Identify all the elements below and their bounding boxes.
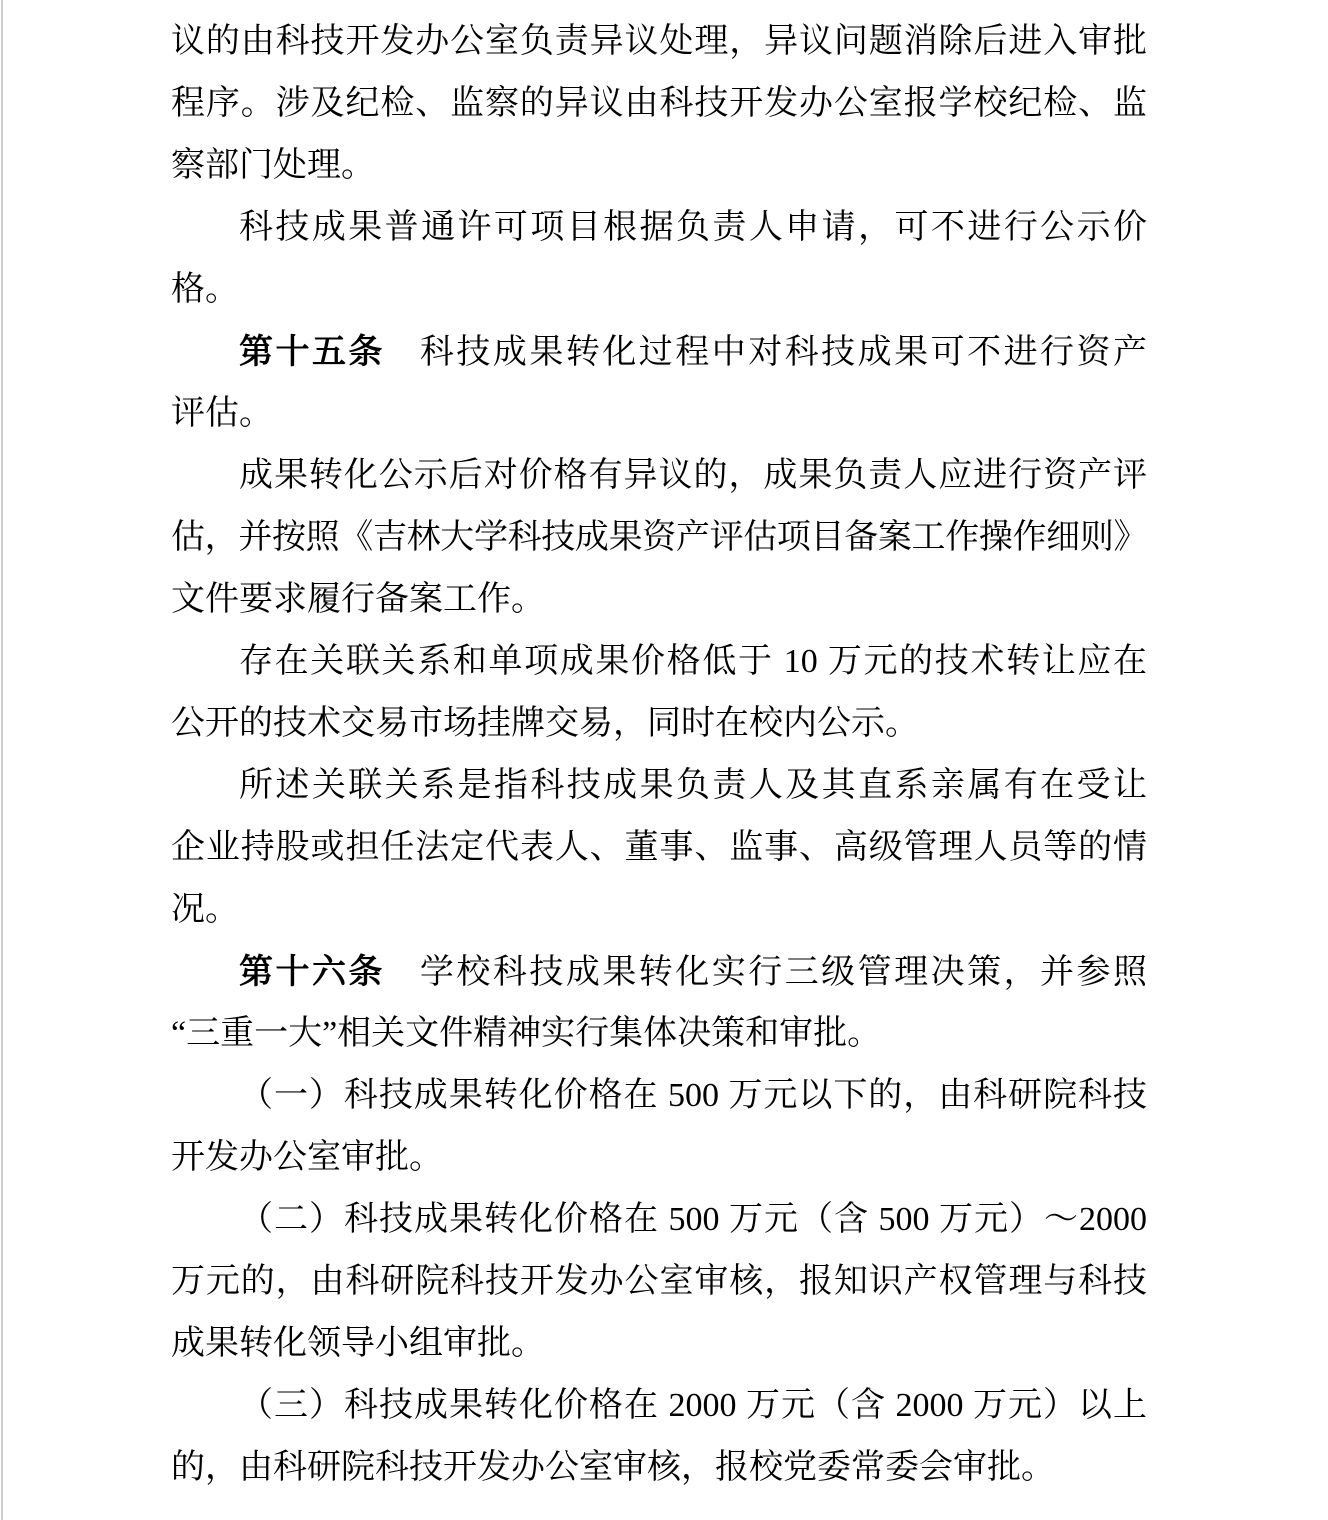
text-line: 评估。 — [171, 383, 1147, 445]
text-line: 开发办公室审批。 — [171, 1127, 1147, 1189]
text-line: （二）科技成果转化价格在 500 万元（含 500 万元）～2000 — [171, 1189, 1147, 1251]
text-line: （一）科技成果转化价格在 500 万元以下的，由科研院科技 — [171, 1065, 1147, 1127]
text-line: 况。 — [171, 879, 1147, 941]
line-text: 程序。涉及纪检、监察的异议由科技开发办公室报学校纪检、监 — [171, 85, 1147, 122]
line-text: 开发办公室审批。 — [171, 1139, 443, 1176]
text-line-article-16: 第十六条学校科技成果转化实行三级管理决策，并参照 — [171, 941, 1147, 1003]
line-text: 格。 — [171, 271, 239, 308]
text-line: 所述关联关系是指科技成果负责人及其直系亲属有在受让 — [171, 755, 1147, 817]
text-line: 万元的，由科研院科技开发办公室审核，报知识产权管理与科技 — [171, 1251, 1147, 1313]
line-text: （一）科技成果转化价格在 500 万元以下的，由科研院科技 — [239, 1077, 1147, 1114]
line-text: 公开的技术交易市场挂牌交易，同时在校内公示。 — [171, 705, 919, 742]
line-text: （二）科技成果转化价格在 500 万元（含 500 万元）～2000 — [239, 1201, 1147, 1238]
line-text: 成果转化公示后对价格有异议的，成果负责人应进行资产评 — [239, 457, 1147, 494]
line-text: 成果转化领导小组审批。 — [171, 1325, 545, 1362]
article-15-heading: 第十五条 — [239, 333, 385, 371]
text-line: “三重一大”相关文件精神实行集体决策和审批。 — [171, 1003, 1147, 1065]
text-line: 的，由科研院科技开发办公室审核，报校党委常委会审批。 — [171, 1437, 1147, 1499]
text-line: 文件要求履行备案工作。 — [171, 569, 1147, 631]
line-text: 存在关联关系和单项成果价格低于 10 万元的技术转让应在 — [239, 643, 1147, 680]
document-page: { "page": { "background": "#ffffff", "le… — [0, 0, 1328, 1520]
line-text: 评估。 — [171, 395, 273, 432]
text-line: 估，并按照《吉林大学科技成果资产评估项目备案工作操作细则》 — [171, 507, 1147, 569]
text-line: 企业持股或担任法定代表人、董事、监事、高级管理人员等的情 — [171, 817, 1147, 879]
line-text: 文件要求履行备案工作。 — [171, 581, 545, 618]
text-line: 存在关联关系和单项成果价格低于 10 万元的技术转让应在 — [171, 631, 1147, 693]
text-line: 公开的技术交易市场挂牌交易，同时在校内公示。 — [171, 693, 1147, 755]
article-16-heading: 第十六条 — [239, 953, 385, 991]
line-text: 估，并按照《吉林大学科技成果资产评估项目备案工作操作细则》 — [171, 519, 1147, 556]
text-line: 科技成果普通许可项目根据负责人申请，可不进行公示价 — [171, 197, 1147, 259]
text-line: 程序。涉及纪检、监察的异议由科技开发办公室报学校纪检、监 — [171, 73, 1147, 135]
line-text: 的，由科研院科技开发办公室审核，报校党委常委会审批。 — [171, 1449, 1055, 1486]
line-text: 企业持股或担任法定代表人、董事、监事、高级管理人员等的情 — [171, 829, 1147, 866]
document-body: 议的由科技开发办公室负责异议处理，异议问题消除后进入审批 程序。涉及纪检、监察的… — [171, 11, 1147, 1499]
line-text: 万元的，由科研院科技开发办公室审核，报知识产权管理与科技 — [171, 1263, 1147, 1300]
text-line-article-15: 第十五条科技成果转化过程中对科技成果可不进行资产 — [171, 321, 1147, 383]
line-text: 所述关联关系是指科技成果负责人及其直系亲属有在受让 — [239, 767, 1147, 804]
text-line: 议的由科技开发办公室负责异议处理，异议问题消除后进入审批 — [171, 11, 1147, 73]
text-line: 格。 — [171, 259, 1147, 321]
text-line: 成果转化领导小组审批。 — [171, 1313, 1147, 1375]
line-text: （三）科技成果转化价格在 2000 万元（含 2000 万元）以上 — [239, 1387, 1147, 1424]
line-text: 议的由科技开发办公室负责异议处理，异议问题消除后进入审批 — [171, 23, 1147, 60]
text-line: 察部门处理。 — [171, 135, 1147, 197]
page-left-border — [1, 0, 3, 1520]
line-text: 况。 — [171, 891, 239, 928]
line-text: 学校科技成果转化实行三级管理决策，并参照 — [420, 954, 1147, 991]
line-text: 科技成果普通许可项目根据负责人申请，可不进行公示价 — [239, 209, 1147, 246]
line-text: “三重一大”相关文件精神实行集体决策和审批。 — [171, 1015, 881, 1052]
line-text: 察部门处理。 — [171, 147, 375, 184]
text-line: 成果转化公示后对价格有异议的，成果负责人应进行资产评 — [171, 445, 1147, 507]
text-line: （三）科技成果转化价格在 2000 万元（含 2000 万元）以上 — [171, 1375, 1147, 1437]
line-text: 科技成果转化过程中对科技成果可不进行资产 — [420, 334, 1147, 371]
